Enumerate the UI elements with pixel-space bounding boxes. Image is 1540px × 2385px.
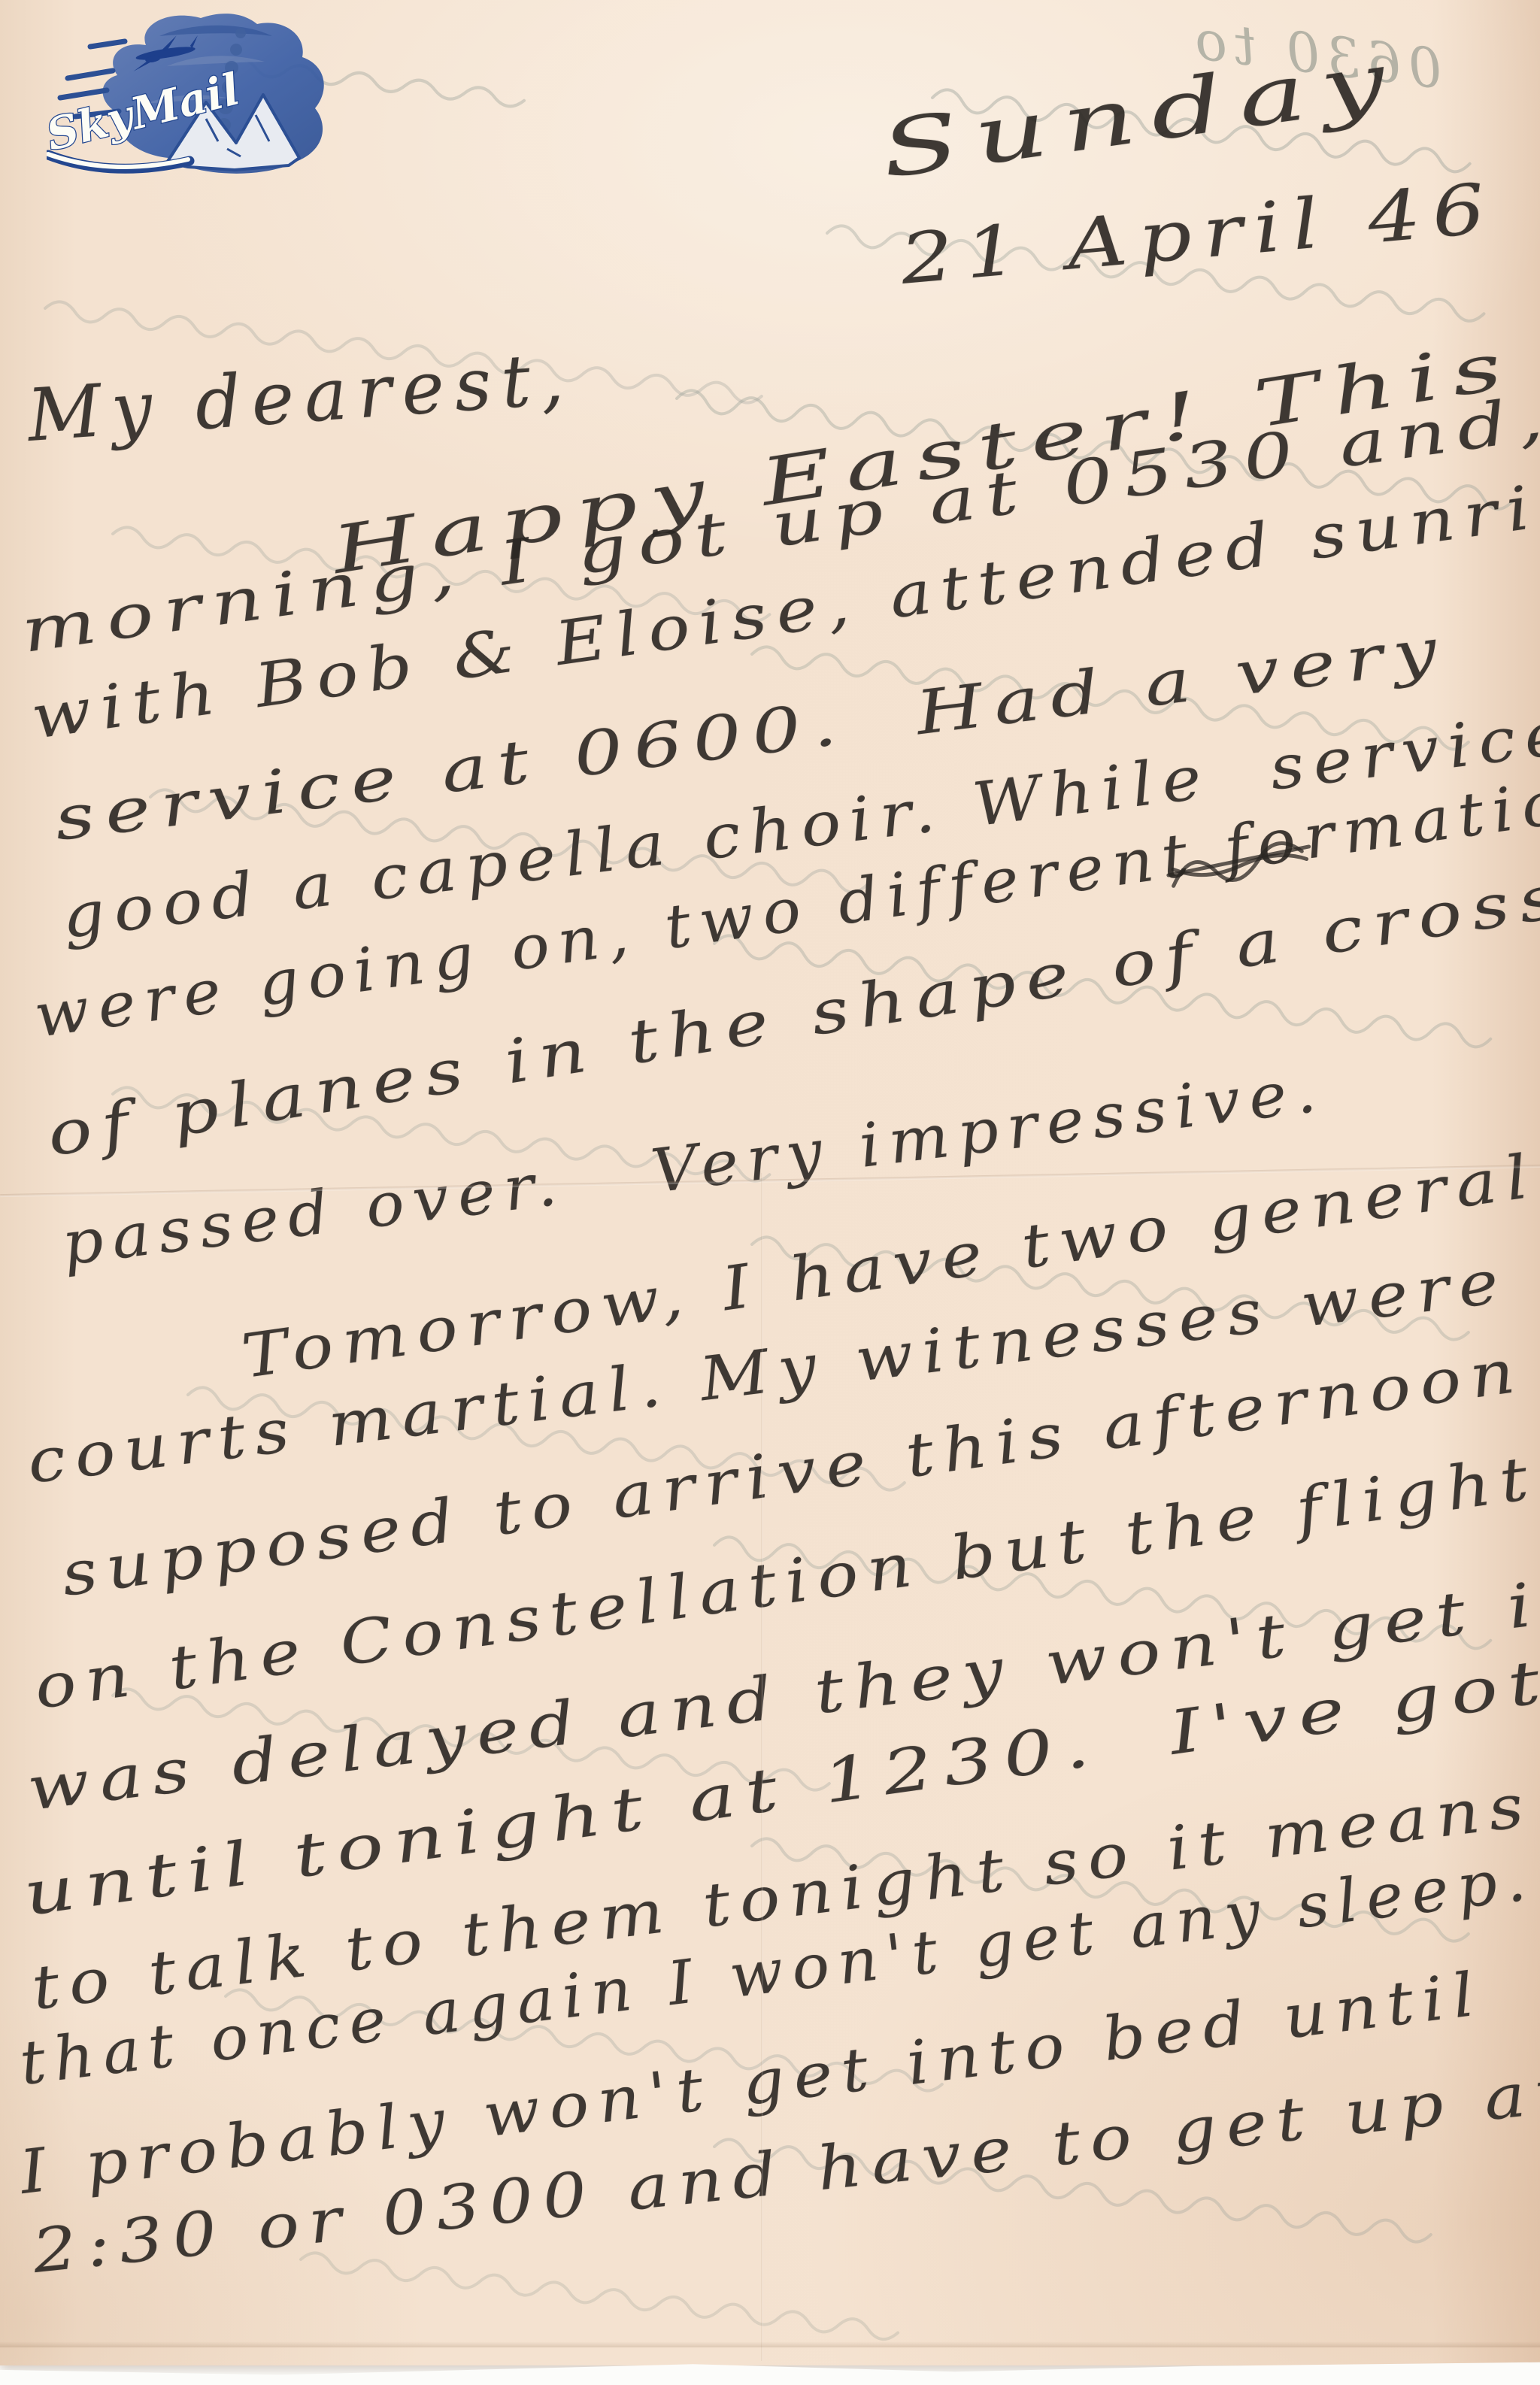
skymail-logo: SkyMail (47, 6, 341, 186)
salutation: My dearest, (25, 341, 575, 452)
paper-bottom-edge-shadow (0, 2341, 1540, 2347)
date-day: Sunday (877, 39, 1406, 189)
date-full: 21 April 46 (898, 174, 1499, 295)
vertical-fold-crease (761, 1173, 763, 2361)
letter-paper: 0630 to (0, 0, 1540, 2365)
scanned-letter-page: 0630 to (0, 0, 1540, 2385)
